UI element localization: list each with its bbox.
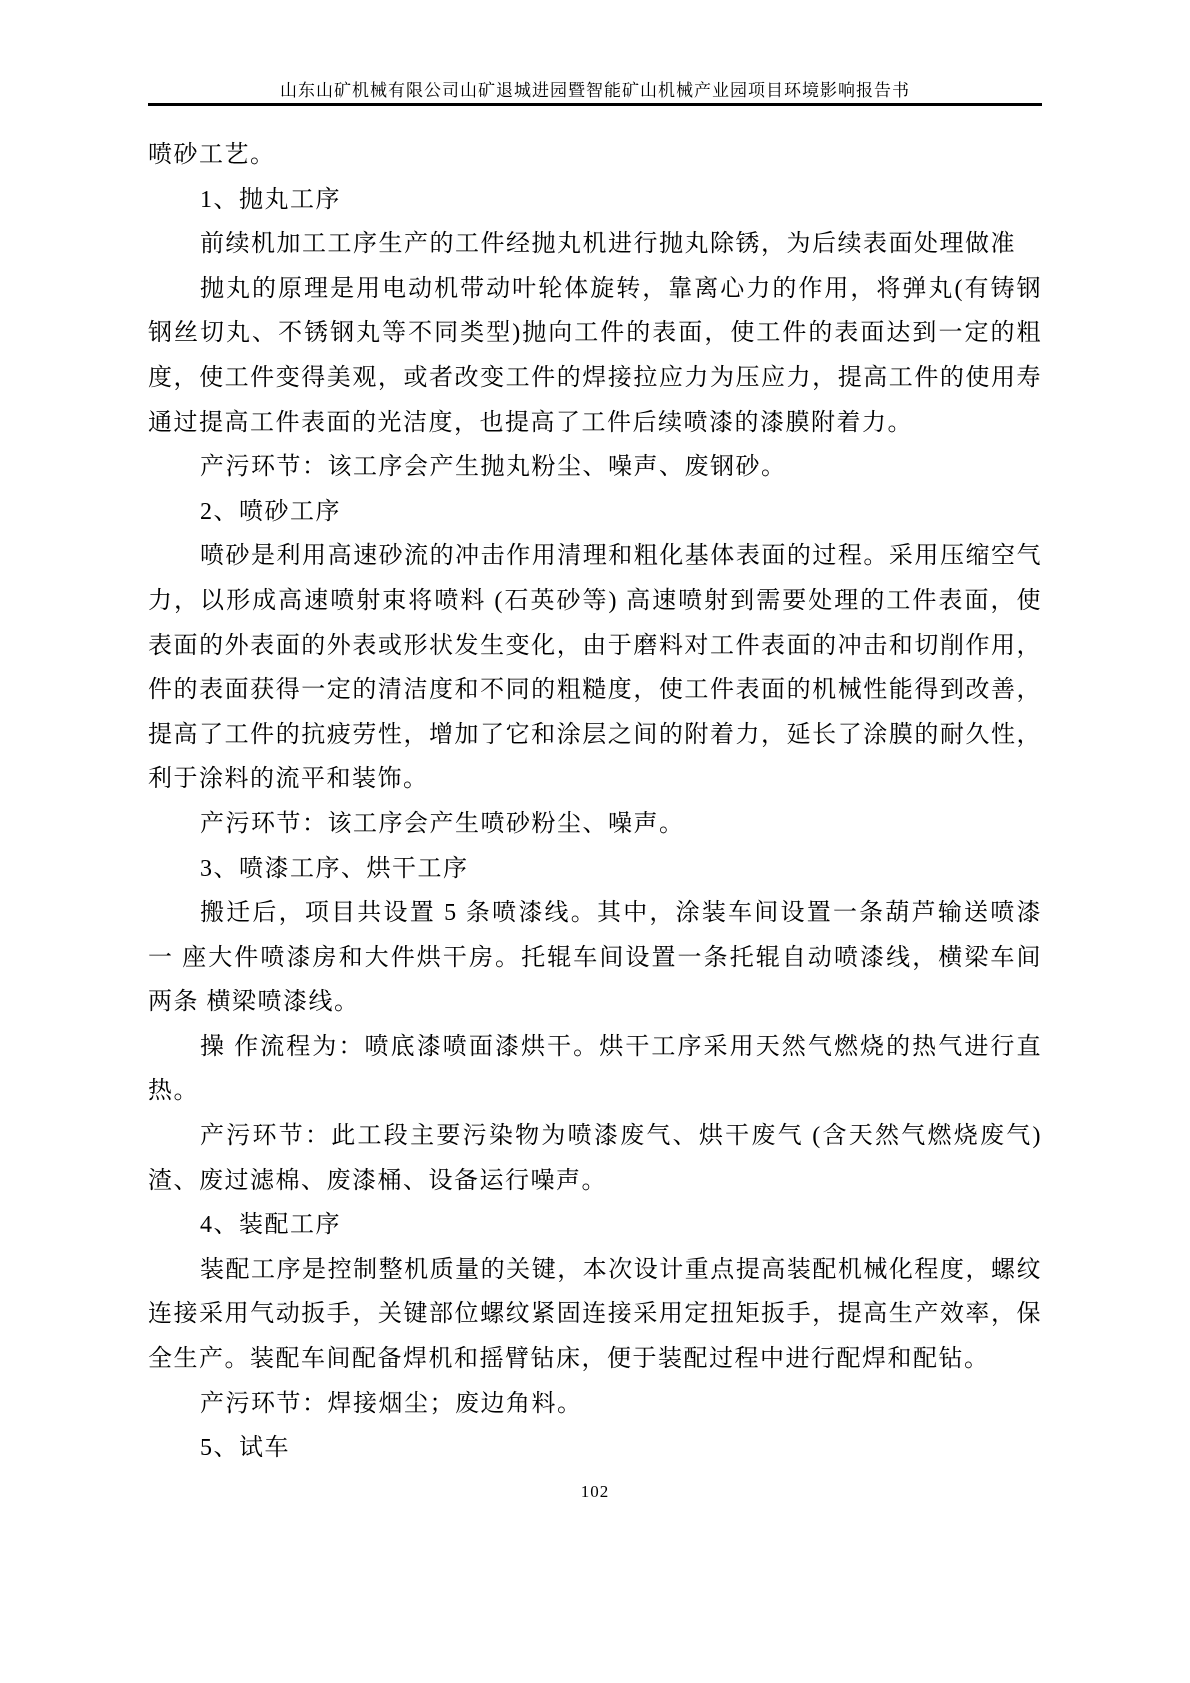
text-line: 喷砂是利用高速砂流的冲击作用清理和粗化基体表面的过程。采用压缩空气为动 [148, 534, 1042, 579]
text-line: 操 作流程为：喷底漆喷面漆烘干。烘干工序采用天然气燃烧的热气进行直接加 [148, 1025, 1042, 1070]
text-line: 装配工序是控制整机质量的关键，本次设计重点提高装配机械化程度，螺纹紧固 [148, 1248, 1042, 1293]
text-line: 通过提高工件表面的光洁度，也提高了工件后续喷漆的漆膜附着力。 [148, 401, 1042, 446]
text-line: 前续机加工工序生产的工件经抛丸机进行抛丸除锈，为后续表面处理做准备。 [148, 222, 1042, 267]
text-line: 产污环节：焊接烟尘；废边角料。 [148, 1382, 1042, 1427]
text-line: 产污环节：该工序会产生抛丸粉尘、噪声、废钢砂。 [148, 445, 1042, 490]
text-line: 3、喷漆工序、烘干工序 [148, 847, 1042, 892]
text-line: 喷砂工艺。 [148, 133, 1042, 178]
text-line: 热。 [148, 1069, 1042, 1114]
text-line: 一 座大件喷漆房和大件烘干房。托辊车间设置一条托辊自动喷漆线，横梁车间设置 [148, 936, 1042, 981]
text-line: 渣、废过滤棉、废漆桶、设备运行噪声。 [148, 1159, 1042, 1204]
text-line: 搬迁后，项目共设置 5 条喷漆线。其中，涂装车间设置一条葫芦输送喷漆线、 [148, 891, 1042, 936]
text-line: 抛丸的原理是用电动机带动叶轮体旋转，靠离心力的作用，将弹丸(有铸钢丸、 [148, 267, 1042, 312]
text-line: 提高了工件的抗疲劳性，增加了它和涂层之间的附着力，延长了涂膜的耐久性，也有 [148, 713, 1042, 758]
document-body: 喷砂工艺。1、抛丸工序前续机加工工序生产的工件经抛丸机进行抛丸除锈，为后续表面处… [148, 133, 1042, 1471]
text-line: 产污环节：该工序会产生喷砂粉尘、噪声。 [148, 802, 1042, 847]
page-number: 102 [148, 1482, 1042, 1502]
text-line: 4、装配工序 [148, 1203, 1042, 1248]
header-rule [148, 103, 1042, 106]
text-line: 两条 横梁喷漆线。 [148, 980, 1042, 1025]
text-line: 1、抛丸工序 [148, 178, 1042, 223]
text-line: 产污环节：此工段主要污染物为喷漆废气、烘干废气 (含天然气燃烧废气) 、漆 [148, 1114, 1042, 1159]
text-line: 件的表面获得一定的清洁度和不同的粗糙度，使工件表面的机械性能得到改善，因此 [148, 668, 1042, 713]
text-line: 连接采用气动扳手，关键部位螺纹紧固连接采用定扭矩扳手，提高生产效率，保证安 [148, 1292, 1042, 1337]
text-line: 全生产。装配车间配备焊机和摇臂钻床，便于装配过程中进行配焊和配钻。 [148, 1337, 1042, 1382]
text-line: 度，使工件变得美观，或者改变工件的焊接拉应力为压应力，提高工件的使用寿命。 [148, 356, 1042, 401]
text-line: 力，以形成高速喷射束将喷料 (石英砂等) 高速喷射到需要处理的工件表面，使工件 [148, 579, 1042, 624]
text-line: 表面的外表面的外表或形状发生变化，由于磨料对工件表面的冲击和切削作用，使工 [148, 624, 1042, 669]
text-line: 利于涂料的流平和装饰。 [148, 757, 1042, 802]
text-line: 钢丝切丸、不锈钢丸等不同类型)抛向工件的表面，使工件的表面达到一定的粗糙 [148, 311, 1042, 356]
header-title: 山东山矿机械有限公司山矿退城进园暨智能矿山机械产业园项目环境影响报告书 [148, 76, 1042, 101]
document-page: 山东山矿机械有限公司山矿退城进园暨智能矿山机械产业园项目环境影响报告书 喷砂工艺… [0, 0, 1190, 1683]
text-line: 2、喷砂工序 [148, 490, 1042, 535]
text-line: 5、试车 [148, 1426, 1042, 1471]
